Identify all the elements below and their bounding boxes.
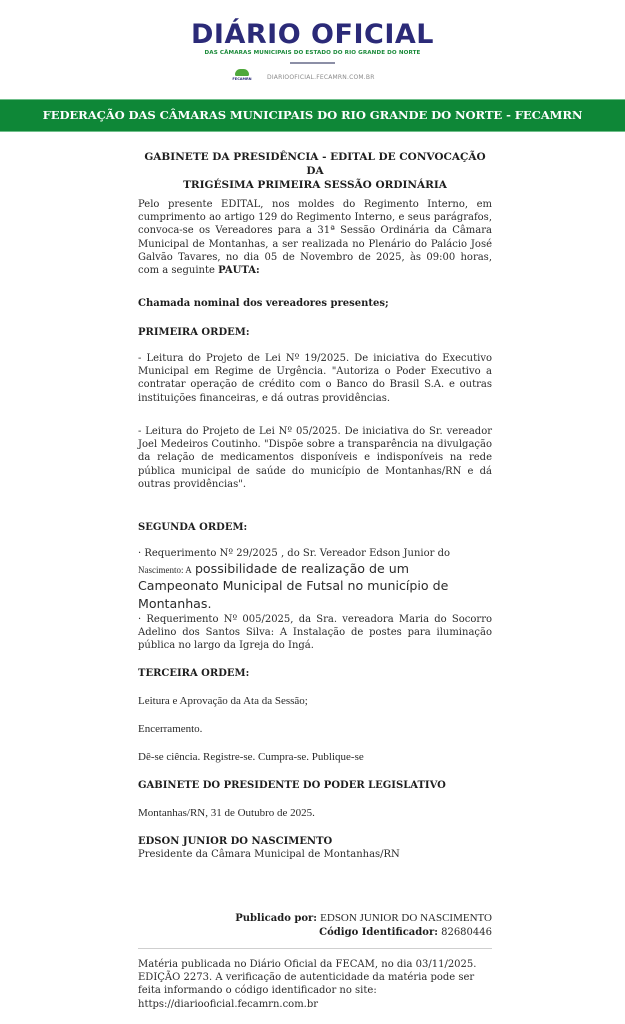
pauta-label: PAUTA: [218, 265, 260, 276]
second-order-item-1-line1: · Requerimento Nº 29/2025 , do Sr. Verea… [138, 547, 492, 560]
intro-text: Pelo presente EDITAL, nos moldes do Regi… [138, 199, 492, 276]
published-by-label: Publicado por: [235, 913, 317, 924]
federation-banner: FEDERAÇÃO DAS CÂMARAS MUNICIPAIS DO RIO … [0, 99, 625, 132]
third-order-heading: TERCEIRA ORDEM: [138, 667, 492, 680]
office-heading: GABINETE DO PRESIDENTE DO PODER LEGISLAT… [138, 779, 492, 792]
signer-name: EDSON JUNIOR DO NASCIMENTO [138, 835, 492, 848]
roll-call: Chamada nominal dos vereadores presentes… [138, 297, 492, 310]
footer-divider [138, 948, 492, 949]
masthead-site[interactable]: DIARIOOFICIAL.FECAMRN.COM.BR [267, 74, 375, 81]
publication-note: Matéria publicada no Diário Oficial da F… [138, 958, 492, 1011]
masthead-title: DIÁRIO OFICIAL [0, 20, 625, 50]
published-by: Publicado por: EDSON JUNIOR DO NASCIMENT… [138, 912, 492, 925]
publication-note-line1: Matéria publicada no Diário Oficial da F… [138, 958, 492, 971]
first-order-item-1: - Leitura do Projeto de Lei Nº 19/2025. … [138, 352, 492, 405]
logo-label: FECAMRN [231, 77, 253, 81]
masthead: DIÁRIO OFICIAL DAS CÂMARAS MUNICIPAIS DO… [0, 0, 625, 98]
second-order-item-2: · Requerimento Nº 005/2025, da Sra. vere… [138, 613, 492, 653]
document-title-line1: GABINETE DA PRESIDÊNCIA - EDITAL DE CONV… [138, 150, 492, 178]
document-heading: GABINETE DA PRESIDÊNCIA - EDITAL DE CONV… [138, 150, 492, 192]
publication-note-line2: EDIÇÃO 2273. A verificação de autenticid… [138, 971, 492, 997]
identifier-code-value: 82680446 [441, 927, 492, 938]
first-order-heading: PRIMEIRA ORDEM: [138, 326, 492, 339]
third-order-item-3: Dê-se ciência. Registre-se. Cumpra-se. P… [138, 751, 492, 764]
masthead-divider [290, 62, 335, 64]
signer-role: Presidente da Câmara Municipal de Montan… [138, 848, 492, 861]
document-title-line2: TRIGÉSIMA PRIMEIRA SESSÃO ORDINÁRIA [138, 178, 492, 192]
fecamrn-logo-icon: FECAMRN [231, 69, 253, 85]
second-order-item-1: · Requerimento Nº 29/2025 , do Sr. Verea… [138, 547, 492, 612]
place-date: Montanhas/RN, 31 de Outubro de 2025. [138, 807, 492, 820]
publication-url[interactable]: https://diariooficial.fecamrn.com.br [138, 998, 492, 1011]
leaf-icon [235, 69, 249, 76]
third-order-item-2: Encerramento. [138, 723, 492, 736]
second-order-heading: SEGUNDA ORDEM: [138, 521, 492, 534]
published-by-value: EDSON JUNIOR DO NASCIMENTO [320, 912, 492, 924]
masthead-subtitle: DAS CÂMARAS MUNICIPAIS DO ESTADO DO RIO … [0, 50, 625, 56]
identifier-code: Código Identificador: 82680446 [138, 926, 492, 939]
identifier-code-label: Código Identificador: [319, 927, 438, 938]
third-order-item-1: Leitura e Aprovação da Ata da Sessão; [138, 695, 492, 708]
first-order-item-2: - Leitura do Projeto de Lei Nº 05/2025. … [138, 425, 492, 491]
intro-paragraph: Pelo presente EDITAL, nos moldes do Regi… [138, 198, 492, 277]
second-order-item-1-prefix: Nascimento: A [138, 565, 192, 575]
second-order-item-1-rest: Nascimento: A possibilidade de realizaçã… [138, 560, 492, 612]
